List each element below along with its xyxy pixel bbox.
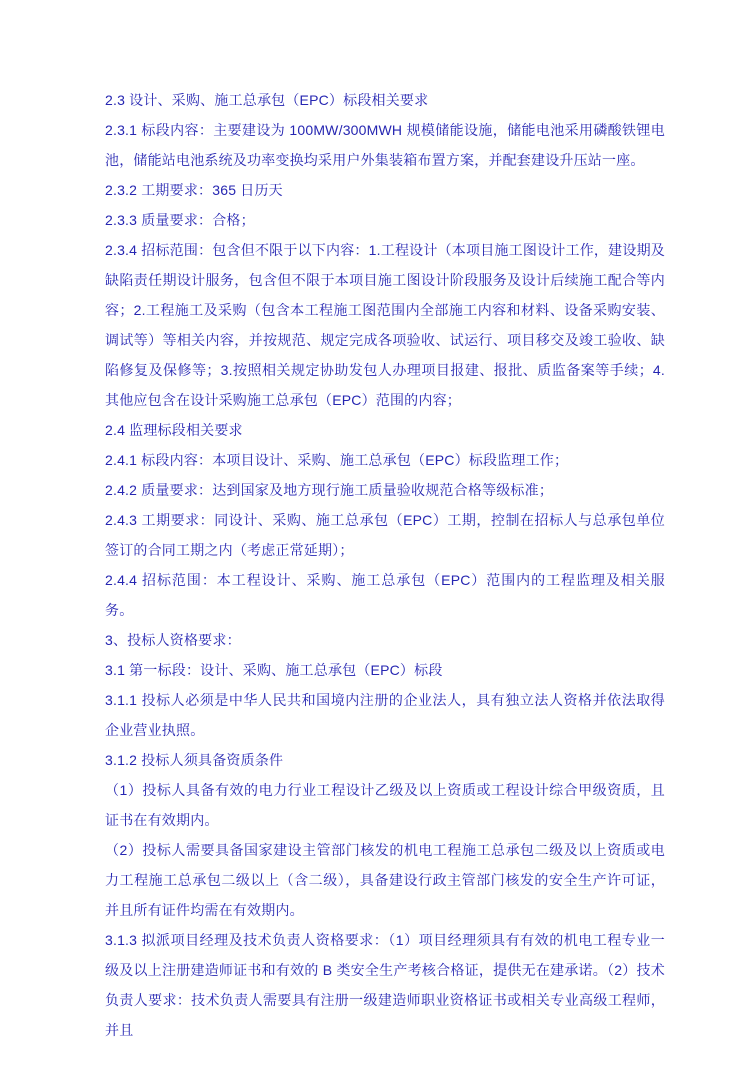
para-supervision-scope: 2.4.4 招标范围：本工程设计、采购、施工总承包（EPC）范围内的工程监理及相…	[105, 565, 665, 625]
para-bidder-legal-entity: 3.1.1 投标人必须是中华人民共和国境内注册的企业法人，具有独立法人资格并依法…	[105, 685, 665, 745]
para-supervision-heading: 2.4 监理标段相关要求	[105, 415, 665, 445]
para-first-section-heading: 3.1 第一标段：设计、采购、施工总承包（EPC）标段	[105, 655, 665, 685]
para-epc-quality-requirement: 2.3.3 质量要求：合格；	[105, 205, 665, 235]
document-body: 2.3 设计、采购、施工总承包（EPC）标段相关要求 2.3.1 标段内容：主要…	[105, 85, 665, 1045]
para-bidder-qualification-conditions: 3.1.2 投标人须具备资质条件	[105, 745, 665, 775]
para-supervision-quality: 2.4.2 质量要求：达到国家及地方现行施工质量验收规范合格等级标准；	[105, 475, 665, 505]
para-qualification-item-1: （1）投标人具备有效的电力行业工程设计乙级及以上资质或工程设计综合甲级资质，且证…	[105, 775, 665, 835]
para-project-manager-requirements: 3.1.3 拟派项目经理及技术负责人资格要求：（1）项目经理须具有有效的机电工程…	[105, 925, 665, 1045]
para-epc-bidding-scope: 2.3.4 招标范围：包含但不限于以下内容：1.工程设计（本项目施工图设计工作，…	[105, 235, 665, 415]
para-bidder-qualification-heading: 3、投标人资格要求：	[105, 625, 665, 655]
para-epc-section-heading: 2.3 设计、采购、施工总承包（EPC）标段相关要求	[105, 85, 665, 115]
para-supervision-content: 2.4.1 标段内容：本项目设计、采购、施工总承包（EPC）标段监理工作；	[105, 445, 665, 475]
para-supervision-duration: 2.4.3 工期要求：同设计、采购、施工总承包（EPC）工期，控制在招标人与总承…	[105, 505, 665, 565]
para-qualification-item-2: （2）投标人需要具备国家建设主管部门核发的机电工程施工总承包二级及以上资质或电力…	[105, 835, 665, 925]
document-page: 2.3 设计、采购、施工总承包（EPC）标段相关要求 2.3.1 标段内容：主要…	[0, 0, 756, 1072]
para-epc-section-content: 2.3.1 标段内容：主要建设为 100MW/300MWH 规模储能设施，储能电…	[105, 115, 665, 175]
para-epc-duration-requirement: 2.3.2 工期要求：365 日历天	[105, 175, 665, 205]
